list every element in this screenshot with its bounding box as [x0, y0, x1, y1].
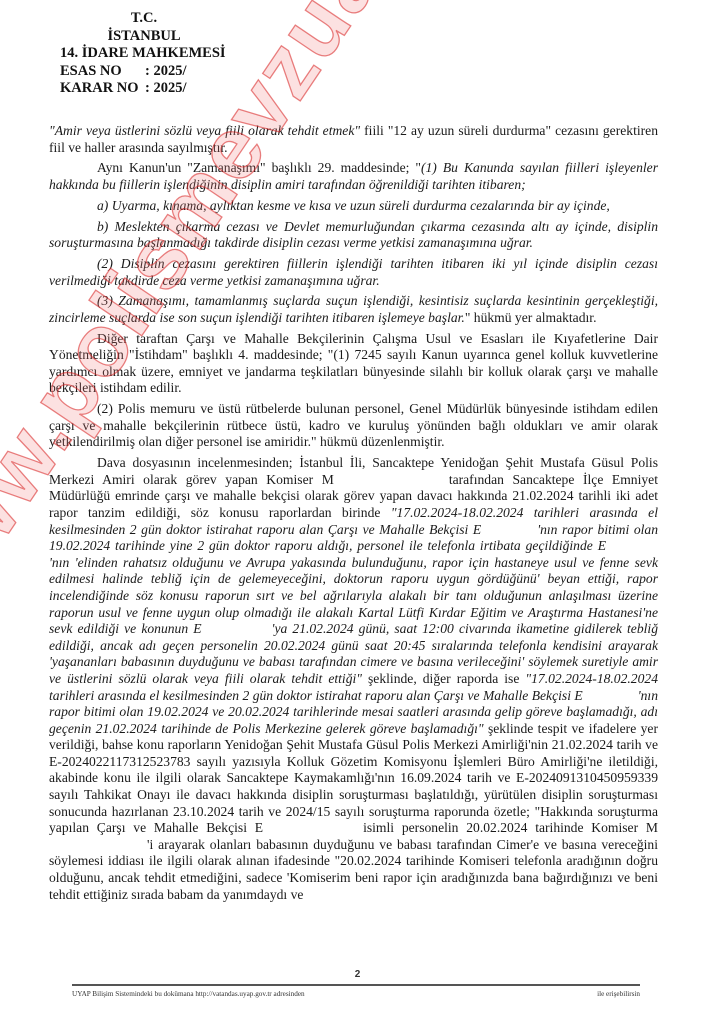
- paragraph-3: a) Uyarma, kınama, aylıktan kesme ve kıs…: [49, 198, 658, 215]
- karar-no-label: KARAR NO: [60, 80, 145, 98]
- paragraph-text: " hükmü yer almaktadır.: [465, 310, 597, 325]
- quote-italic: "Amir veya üstlerini sözlü veya fiili ol…: [49, 123, 360, 138]
- document-header: T.C. İSTANBUL 14. İDARE MAHKEMESİ ESAS N…: [60, 10, 228, 98]
- esas-no-value: : 2025/: [145, 63, 186, 81]
- page-number: 2: [0, 969, 715, 980]
- paragraph-6: (3) Zamanaşımı, tamamlanmış suçlarda suç…: [49, 293, 658, 326]
- city-label: İSTANBUL: [60, 28, 228, 46]
- country-label: T.C.: [60, 10, 228, 28]
- paragraph-4: b) Meslekten çıkarma cezası ve Devlet me…: [49, 219, 658, 252]
- document-page: T.C. İSTANBUL 14. İDARE MAHKEMESİ ESAS N…: [0, 0, 715, 1024]
- paragraph-9: Dava dosyasının incelenmesinden; İstanbu…: [49, 455, 658, 903]
- karar-no-row: KARAR NO : 2025/: [60, 80, 228, 98]
- court-name: 14. İDARE MAHKEMESİ: [60, 45, 228, 63]
- paragraph-2: Aynı Kanun'un "Zamanaşımı" başlıklı 29. …: [49, 160, 658, 193]
- paragraph-text: şeklinde tespit ve ifadelere yer verildi…: [49, 721, 658, 836]
- paragraph-8: (2) Polis memuru ve üstü rütbelerde bulu…: [49, 401, 658, 451]
- paragraph-7: Diğer taraftan Çarşı ve Mahalle Bekçiler…: [49, 331, 658, 397]
- paragraph-1: "Amir veya üstlerini sözlü veya fiili ol…: [49, 123, 658, 156]
- esas-no-row: ESAS NO : 2025/: [60, 63, 228, 81]
- paragraph-5: (2) Disiplin cezasını gerektiren fiiller…: [49, 256, 658, 289]
- paragraph-text: şeklinde, diğer raporda ise: [362, 671, 525, 686]
- document-body: "Amir veya üstlerini sözlü veya fiili ol…: [49, 123, 658, 907]
- paragraph-text: isimli personelin 20.02.2024 tarihinde K…: [363, 820, 658, 835]
- footer-uyap-notice: UYAP Bilişim Sistemindeki bu dokümana ht…: [72, 990, 305, 998]
- footer-access-note: ile erişebilirsin: [597, 990, 640, 998]
- karar-no-value: : 2025/: [145, 80, 186, 98]
- footer-divider: [72, 984, 640, 986]
- esas-no-label: ESAS NO: [60, 63, 145, 81]
- paragraph-text: 'i arayarak olanları babasının duyduğunu…: [49, 837, 658, 902]
- paragraph-text: Aynı Kanun'un "Zamanaşımı" başlıklı 29. …: [97, 160, 421, 175]
